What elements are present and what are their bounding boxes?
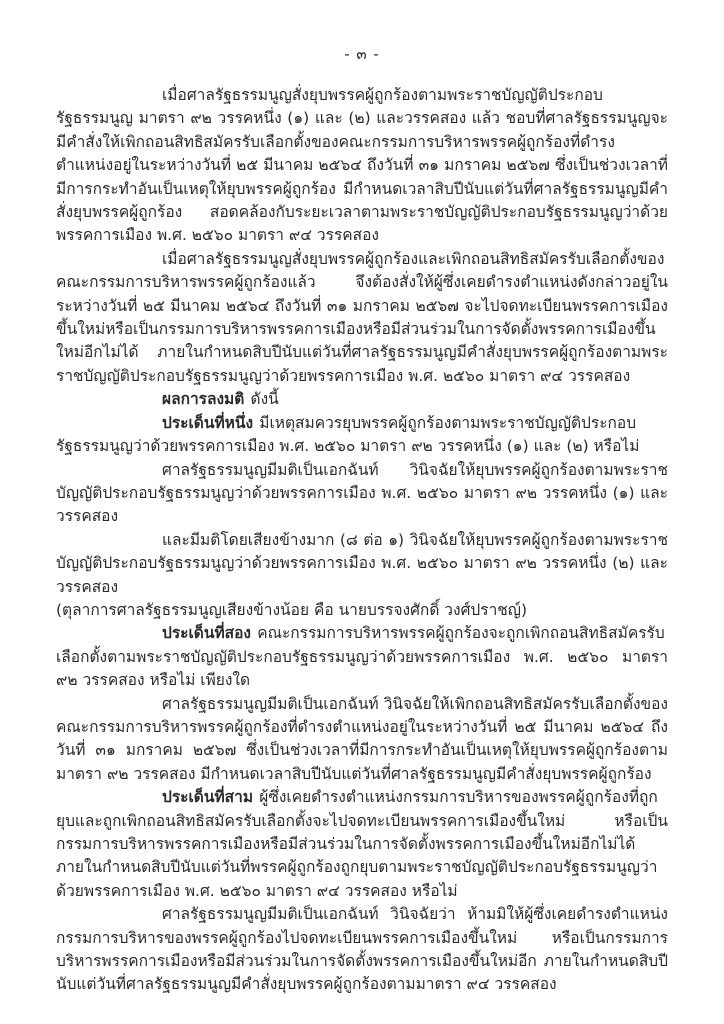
issue-three-paragraph: ประเด็นที่สามผู้ซึ่งเคยดำรงตำแหน่งกรรมกา… — [56, 786, 668, 903]
issue-two-paragraph: ประเด็นที่สองคณะกรรมการบริหารพรรคผู้ถูกร… — [56, 622, 668, 692]
paragraph: ศาลรัฐธรรมนูญมีมติเป็นเอกฉันท์ วินิจฉัยว… — [56, 903, 668, 997]
paragraph-text: เมื่อศาลรัฐธรรมนูญสั่งยุบพรรคผู้ถูกร้องต… — [56, 86, 668, 244]
paragraph: เมื่อศาลรัฐธรรมนูญสั่งยุบพรรคผู้ถูกร้องต… — [56, 84, 668, 248]
paragraph: เมื่อศาลรัฐธรรมนูญสั่งยุบพรรคผู้ถูกร้องแ… — [56, 248, 668, 388]
paragraph-lead: ประเด็นที่สอง — [162, 624, 251, 642]
paragraph-text: มีเหตุสมควรยุบพรรคผู้ถูกร้องตามพระราชบัญ… — [56, 414, 639, 455]
paragraph-lead: ประเด็นที่สาม — [162, 788, 253, 806]
paragraph: ศาลรัฐธรรมนูญมีมติเป็นเอกฉันท์ วินิจฉัยใ… — [56, 459, 668, 529]
issue-one-paragraph: ประเด็นที่หนึ่งมีเหตุสมควรยุบพรรคผู้ถูกร… — [56, 412, 668, 459]
paragraph-text: เมื่อศาลรัฐธรรมนูญสั่งยุบพรรคผู้ถูกร้องแ… — [56, 250, 668, 385]
paragraph: และมีมติโดยเสียงข้างมาก (๘ ต่อ ๑) วินิจฉ… — [56, 529, 668, 599]
paragraph-text: ศาลรัฐธรรมนูญมีมติเป็นเอกฉันท์ วินิจฉัยใ… — [56, 695, 668, 783]
paragraph-lead: ผลการลงมติ — [162, 390, 244, 408]
paragraph-text: คณะกรรมการบริหารพรรคผู้ถูกร้องจะถูกเพิกถ… — [56, 624, 668, 689]
minority-judge-note: (ตุลาการศาลรัฐธรรมนูญเสียงข้างน้อย คือ น… — [56, 599, 668, 622]
document-page: - ๓ - เมื่อศาลรัฐธรรมนูญสั่งยุบพรรคผู้ถู… — [0, 0, 724, 1024]
page-number: - ๓ - — [0, 0, 724, 64]
paragraph-text: ศาลรัฐธรรมนูญมีมติเป็นเอกฉันท์ วินิจฉัยใ… — [56, 461, 668, 526]
paragraph-text: ดังนี้ — [251, 390, 279, 408]
paragraph-text: ศาลรัฐธรรมนูญมีมติเป็นเอกฉันท์ วินิจฉัยว… — [56, 905, 668, 993]
paragraph-text: และมีมติโดยเสียงข้างมาก (๘ ต่อ ๑) วินิจฉ… — [56, 531, 668, 596]
document-body: เมื่อศาลรัฐธรรมนูญสั่งยุบพรรคผู้ถูกร้องต… — [56, 84, 668, 997]
vote-result-heading: ผลการลงมติดังนี้ — [56, 388, 668, 411]
paragraph-text: ผู้ซึ่งเคยดำรงตำแหน่งกรรมการบริหารของพรร… — [56, 788, 668, 900]
paragraph: ศาลรัฐธรรมนูญมีมติเป็นเอกฉันท์ วินิจฉัยใ… — [56, 693, 668, 787]
paragraph-lead: ประเด็นที่หนึ่ง — [162, 414, 253, 432]
paragraph-text: (ตุลาการศาลรัฐธรรมนูญเสียงข้างน้อย คือ น… — [56, 601, 527, 619]
